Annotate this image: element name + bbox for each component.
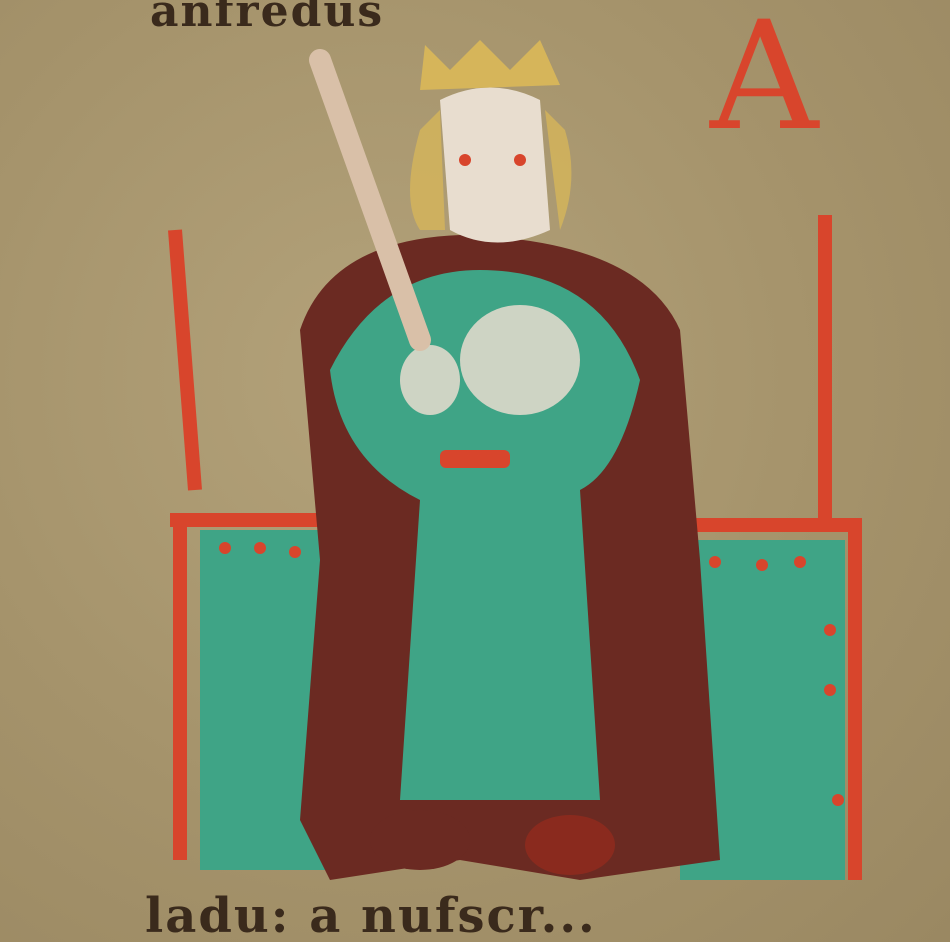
illumination (0, 0, 950, 942)
manuscript-page: anfredus ladu: a nufscr... A (0, 0, 950, 942)
face (440, 88, 550, 243)
crown (420, 40, 560, 90)
